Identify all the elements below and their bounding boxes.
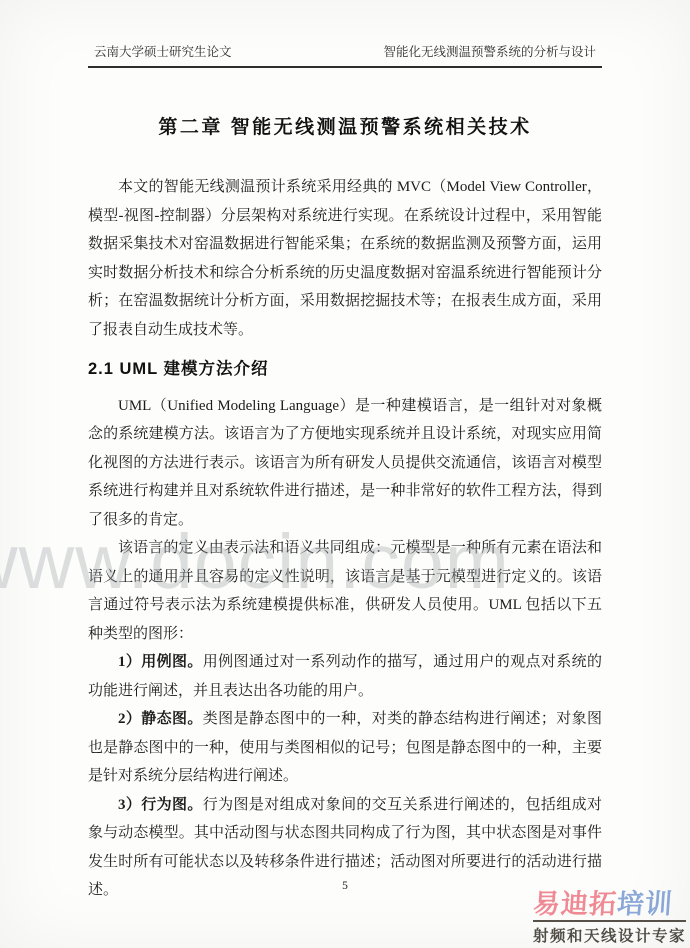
header-left-text: 云南大学硕士研究生论文 — [94, 42, 232, 60]
chapter-title: 第二章 智能无线测温预警系统相关技术 — [88, 112, 602, 139]
list-item-static-diagram: 2）静态图。类图是静态图中的一种，对类的静态结构进行阐述；对象图也是静态图中的一… — [88, 705, 602, 791]
running-header: 云南大学硕士研究生论文 智能化无线测温预警系统的分析与设计 — [88, 42, 602, 66]
logo-text-red: 易迪拓 — [532, 889, 618, 919]
section-paragraph-2: 该语言的定义由表示法和语义共同组成：元模型是一种所有元素在语法和语义上的通用并且… — [88, 534, 602, 648]
header-right-text: 智能化无线测温预警系统的分析与设计 — [383, 42, 596, 60]
list-item-lead: 1）用例图。 — [118, 654, 203, 670]
list-item-lead: 2）静态图。 — [118, 711, 203, 727]
logo-text-blue: 培训 — [616, 889, 674, 919]
header-rule — [88, 66, 602, 68]
body-text: 本文的智能无线测温预计系统采用经典的 MVC（Model View Contro… — [88, 173, 602, 905]
logo-tagline: 射频和天线设计专家 — [533, 920, 686, 946]
section-paragraph-1: UML（Unified Modeling Language）是一种建模语言，是一… — [88, 392, 602, 535]
list-item-lead: 3）行为图。 — [118, 797, 203, 813]
document-page: 云南大学硕士研究生论文 智能化无线测温预警系统的分析与设计 第二章 智能无线测温… — [0, 0, 690, 948]
page-content: 云南大学硕士研究生论文 智能化无线测温预警系统的分析与设计 第二章 智能无线测温… — [0, 0, 690, 905]
training-logo-wordmark: 易迪拓培训 — [532, 889, 687, 919]
section-heading-2-1: 2.1 UML 建模方法介绍 — [88, 355, 602, 384]
list-item-use-case: 1）用例图。用例图通过对一系列动作的描写，通过用户的观点对系统的功能进行阐述，并… — [88, 648, 602, 705]
training-logo: 易迪拓培训 射频和天线设计专家 — [533, 889, 686, 946]
intro-paragraph: 本文的智能无线测温预计系统采用经典的 MVC（Model View Contro… — [88, 173, 602, 344]
